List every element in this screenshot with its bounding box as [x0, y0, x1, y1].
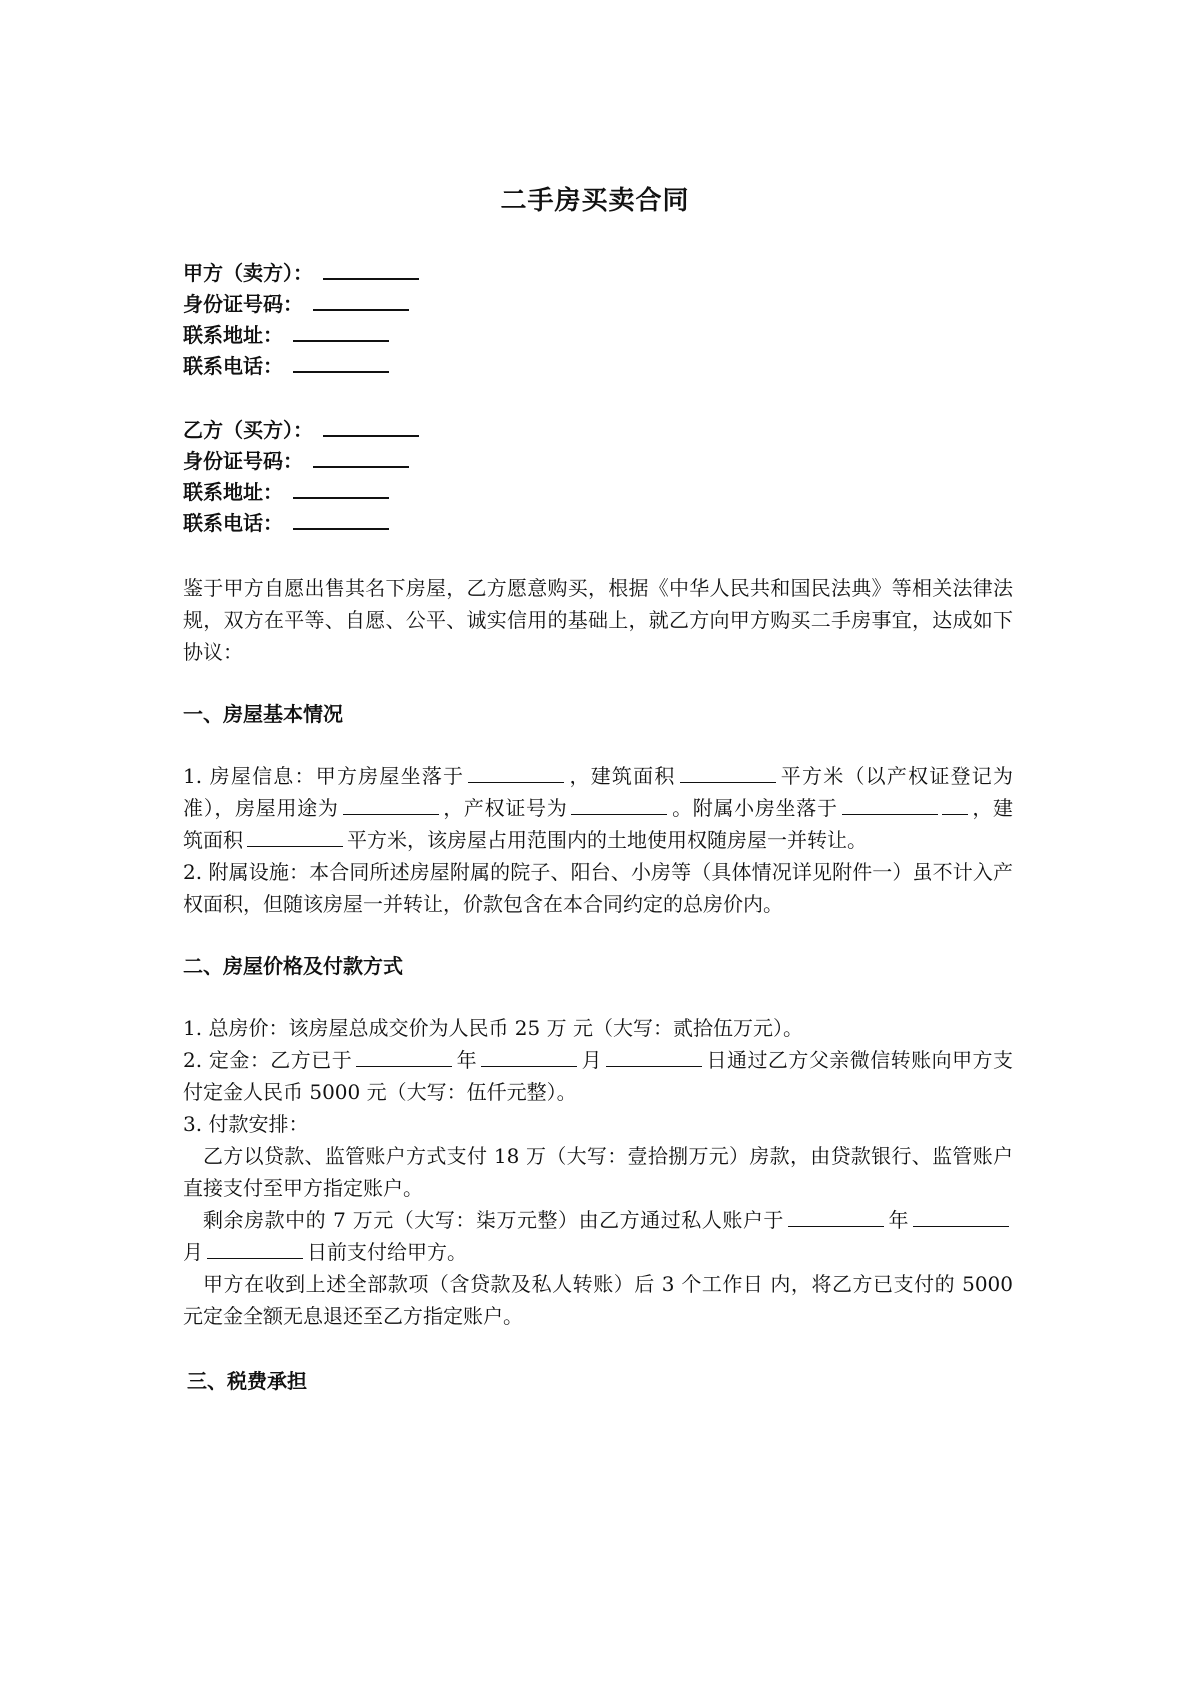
- party-a-phone-row: 联系电话：: [183, 351, 1013, 382]
- remaining-payment-paragraph: 剩余房款中的 7 万元（大写：柒万元整）由乙方通过私人账户于年月日前支付给甲方。: [183, 1204, 1013, 1268]
- text: 月: [581, 1048, 602, 1072]
- blank-field[interactable]: [313, 448, 409, 468]
- blank-field[interactable]: [571, 796, 667, 815]
- document-body: 甲方（卖方）： 身份证号码： 联系地址： 联系电话： 乙方（买方）： 身份证号码…: [183, 258, 1013, 1427]
- blank-field[interactable]: [313, 291, 409, 311]
- field-label: 乙方（买方）：: [183, 418, 313, 442]
- party-b-phone-row: 联系电话：: [183, 508, 1013, 539]
- blank-field[interactable]: [323, 417, 419, 437]
- total-price-paragraph: 1. 总房价：该房屋总成交价为人民币 25 万 元（大写：贰拾伍万元）。: [183, 1012, 1013, 1044]
- text: ，产权证号为: [443, 796, 568, 820]
- text: 日前支付给甲方。: [307, 1240, 467, 1264]
- party-a-name-row: 甲方（卖方）：: [183, 258, 1013, 289]
- section-heading-3: 三、税费承担: [187, 1365, 1013, 1397]
- loan-payment-paragraph: 乙方以贷款、监管账户方式支付 18 万（大写：壹拾捌万元）房款，由贷款银行、监管…: [183, 1140, 1013, 1204]
- deposit-paragraph: 2. 定金：乙方已于年月日通过乙方父亲微信转账向甲方支付定金人民币 5000 元…: [183, 1044, 1013, 1108]
- field-label: 联系电话：: [183, 354, 283, 378]
- payment-arrangement-label: 3. 付款安排：: [183, 1108, 1013, 1140]
- blank-field[interactable]: [207, 1240, 303, 1259]
- text: 2. 定金：乙方已于: [183, 1048, 352, 1072]
- deposit-refund-paragraph: 甲方在收到上述全部款项（含贷款及私人转账）后 3 个工作日 内，将乙方已支付的 …: [183, 1268, 1013, 1332]
- party-b-name-row: 乙方（买方）：: [183, 415, 1013, 446]
- blank-field[interactable]: [343, 796, 439, 815]
- facilities-paragraph: 2. 附属设施：本合同所述房屋附属的院子、阳台、小房等（具体情况详见附件一）虽不…: [183, 856, 1013, 920]
- text: 1. 房屋信息：甲方房屋坐落于: [183, 764, 464, 788]
- party-a-id-row: 身份证号码：: [183, 289, 1013, 320]
- house-info-paragraph: 1. 房屋信息：甲方房屋坐落于，建筑面积平方米（以产权证登记为准），房屋用途为，…: [183, 760, 1013, 856]
- preamble-paragraph: 鉴于甲方自愿出售其名下房屋，乙方愿意购买，根据《中华人民共和国民法典》等相关法律…: [183, 572, 1013, 668]
- party-b-id-row: 身份证号码：: [183, 446, 1013, 477]
- text: 剩余房款中的 7 万元（大写：柒万元整）由乙方通过私人账户于: [203, 1208, 784, 1232]
- blank-field[interactable]: [468, 764, 564, 783]
- party-b-address-row: 联系地址：: [183, 477, 1013, 508]
- document-title: 二手房买卖合同: [0, 180, 1190, 217]
- field-label: 身份证号码：: [183, 449, 303, 473]
- blank-field[interactable]: [842, 796, 938, 815]
- field-label: 联系电话：: [183, 511, 283, 535]
- text: 平方米，该房屋占用范围内的土地使用权随房屋一并转让。: [347, 828, 867, 852]
- blank-field[interactable]: [356, 1048, 452, 1067]
- blank-field[interactable]: [606, 1048, 702, 1067]
- blank-field[interactable]: [293, 510, 389, 530]
- field-label: 身份证号码：: [183, 292, 303, 316]
- party-a-address-row: 联系地址：: [183, 320, 1013, 351]
- blank-field[interactable]: [247, 828, 343, 847]
- party-b-block: 乙方（买方）： 身份证号码： 联系地址： 联系电话：: [183, 415, 1013, 539]
- blank-field[interactable]: [481, 1048, 577, 1067]
- blank-field[interactable]: [788, 1208, 884, 1227]
- blank-field[interactable]: [293, 322, 389, 342]
- field-label: 联系地址：: [183, 323, 283, 347]
- blank-field[interactable]: [942, 796, 968, 815]
- document-page: 二手房买卖合同 甲方（卖方）： 身份证号码： 联系地址： 联系电话： 乙方（买方…: [0, 0, 1190, 1683]
- section-heading-2: 二、房屋价格及付款方式: [183, 950, 1013, 982]
- field-label: 联系地址：: [183, 480, 283, 504]
- text: 年: [888, 1208, 909, 1232]
- blank-field[interactable]: [680, 764, 776, 783]
- blank-field[interactable]: [293, 353, 389, 373]
- section-heading-1: 一、房屋基本情况: [183, 698, 1013, 730]
- blank-field[interactable]: [293, 479, 389, 499]
- party-a-block: 甲方（卖方）： 身份证号码： 联系地址： 联系电话：: [183, 258, 1013, 382]
- text: ，建筑面积: [568, 764, 675, 788]
- text: 月: [183, 1240, 203, 1264]
- blank-field[interactable]: [323, 260, 419, 280]
- blank-field[interactable]: [913, 1208, 1009, 1227]
- text: 。附属小房坐落于: [671, 796, 837, 820]
- field-label: 甲方（卖方）：: [183, 261, 313, 285]
- text: 年: [456, 1048, 477, 1072]
